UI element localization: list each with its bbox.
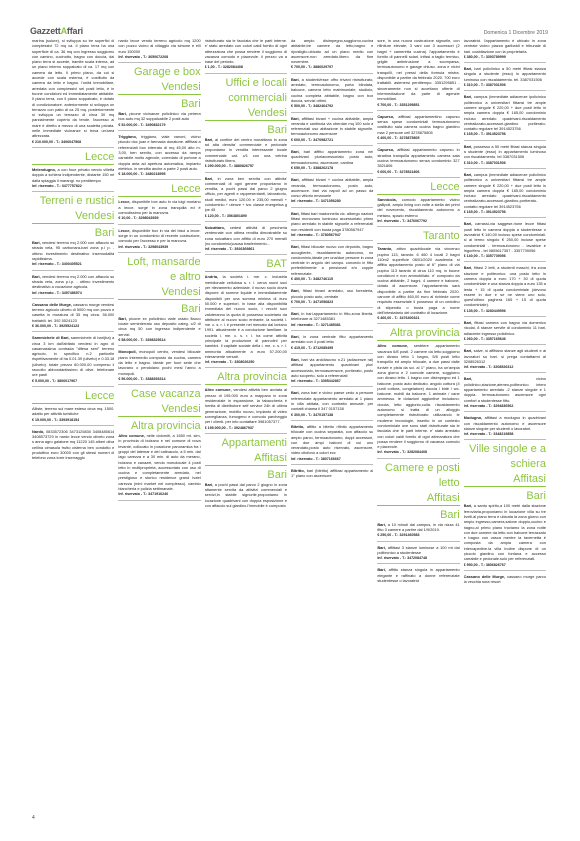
classified-ad: Noicattaro, cedesi attività di pescheria… [205, 225, 287, 255]
column-4: da ampio disimpegno,soggiorno,cucina abi… [291, 38, 373, 818]
ad-location: Bari, [291, 116, 300, 121]
ad-text: Bari, picone vicinanze policlinico via p… [118, 111, 200, 122]
logo-text-2: ffari [67, 26, 83, 36]
ad-body: a pochi passi dal parco 2 giugno in zona… [205, 482, 287, 508]
classified-ad: Andria, la società i. me. c. industria m… [205, 274, 287, 368]
classified-ad: Bari, bari affitto appartamento zona nei… [291, 149, 373, 174]
ad-location: Bari, [205, 482, 214, 487]
section-heading: Appartamenti [205, 437, 287, 449]
section-heading: Bari [464, 490, 546, 502]
ad-price-contact: Inf. riservato - T.: 3807166667 [291, 456, 373, 465]
ad-price-contact: € 15.000,00 - T.: 3393918154 [32, 417, 114, 426]
section-heading: Affitasi [464, 473, 546, 487]
ad-body: ristrutturato sia le facciata che le par… [205, 38, 287, 64]
section-heading: Altra provincia [118, 420, 200, 432]
ad-location: Bari, [32, 240, 41, 245]
section-heading: Bari [205, 124, 287, 136]
ad-location: Bari, [291, 211, 300, 216]
ad-location: Lecce, [118, 228, 130, 233]
ad-body: affittasi bivani + cucina abitabile, amp… [291, 177, 373, 198]
ad-location: Bari, [291, 288, 300, 293]
ad-price-contact: € 650,00 - T.: 3388262178 [291, 165, 373, 174]
classified-ad: sore, in una nuova costruzione signorile… [377, 38, 459, 111]
classified-ad: Capurso, affittasi appartamentino capurs… [377, 114, 459, 144]
ad-location: Cassano delle Murge, [32, 302, 72, 307]
ad-text: Cassano delle Murge, cassano murge parco… [464, 574, 546, 585]
ad-body: affittasi 3 stanze luminose a 100 mt dal… [377, 545, 459, 555]
classified-ad: Bari, affittasi bivani + cucina abitabil… [291, 116, 373, 146]
column-3: ristrutturato sia le facciata che le par… [205, 38, 287, 818]
section-heading: Lecce [118, 183, 200, 197]
classified-ad: Bari, vendesi terreno mq 2.000 con affac… [32, 274, 114, 299]
classified-ad: Bari, vendesi terreno mq 2.000 con affac… [32, 240, 114, 270]
ad-price-contact: Inf. riservato - T.: 3476067792 [377, 218, 459, 227]
ad-location: Bari, [377, 522, 386, 527]
ad-text: Bari, a santo spirito,a 100 metri dalla … [464, 503, 546, 561]
section-heading: commerciali [205, 92, 287, 104]
ad-price-contact: Inf. riservato - T.: 3298043939 [118, 244, 200, 253]
ad-body: 0833572306 3473125830 3408485614 3408573… [32, 429, 114, 460]
classified-ad: Melendugno, a con foce privato vendo vil… [32, 167, 114, 192]
ad-text: Bari, affittasi bivani + cucina abitabil… [291, 116, 373, 137]
section-heading: Lecce [32, 151, 114, 165]
column-6: lavoratrici. l'appartamento è ubicato in… [464, 38, 546, 818]
classified-ad: Bari, bari policlinico a 50 metri fittas… [464, 66, 546, 91]
ad-text: ristrutturato sia le facciata che le par… [205, 38, 287, 64]
ad-location: Bari, [291, 77, 300, 82]
ad-body: disponibile box in via dei bisci a lecce… [118, 228, 200, 244]
classified-ad: Bari, affittasi 3 stanze luminose a 100 … [377, 545, 459, 565]
ad-price-contact: € 460,00 - T.: 3476400321 [377, 315, 459, 324]
ad-price-contact: € 165,00 - T.: 3914523756 [464, 131, 546, 140]
ad-text: Capurso, affittasi appartamentino capurs… [377, 114, 459, 135]
ad-price-contact: € 135,00 - T.: 3280449596 [464, 308, 546, 317]
section-heading: BAT [205, 258, 287, 272]
ad-body: sammichele di bari(ba) a circa 3 km dall… [32, 335, 114, 377]
ad-body: affitto a bitetto rifinito appartamento … [291, 424, 373, 455]
classified-ad: Sammichele di Bari, sammichele di bari(b… [32, 335, 114, 387]
ad-price-contact: € 260,00 - T.: 3357165646 [464, 336, 546, 345]
ad-location: Bari, [291, 311, 300, 316]
ad-price-contact: Inf. riservato - T.: 3208526312 [464, 364, 546, 373]
classified-ad: Bari, carrassi-via saggese-rione lecce f… [464, 221, 546, 262]
ad-location: Bari, [118, 316, 127, 321]
classified-ad: Bari, in zona ben servita con attivita' … [205, 176, 287, 222]
ad-price-contact: € 5.000,00 - T.: 3806017967 [32, 378, 114, 387]
section-heading: Uffici e locali [205, 77, 287, 89]
ad-body: in bari,appartamento in fitto,zona liber… [291, 311, 373, 321]
ad-location: Altro comune, [118, 433, 145, 438]
ad-text: Bari, fittasi bari madonnella vic. alber… [291, 211, 373, 232]
ad-location: Lecce, [118, 199, 130, 204]
ad-price-contact: € 18.000,00 - T.: 3480218995 [118, 171, 200, 180]
ad-body: nelle dolomiti, a 1650 mt. slm, in provi… [118, 433, 200, 491]
ad-text: Bari, vendesi terreno mq 2.000 con affac… [32, 240, 114, 261]
section-heading: Vendesi [32, 210, 114, 224]
ad-price-contact: Inf. riservato - T.: 3472084748 [377, 555, 459, 564]
classified-ad: Bari, affitto stanza singola in appartam… [377, 567, 459, 583]
classified-ad: Modugno, affittasi a modugno in quadriva… [464, 415, 546, 440]
ad-price-contact: € 600,00 - T.: 3470982721 [291, 137, 373, 146]
classified-ad: Bari, a pochi passi dal parco 2 giugno i… [205, 482, 287, 508]
ad-location: Cassano delle Murge, [464, 574, 506, 579]
ad-location: Bitetto, [291, 424, 304, 429]
classified-ad: Altro comune, nelle dolomiti, a 1650 mt.… [118, 433, 200, 501]
section-heading: Vendesi [205, 107, 287, 121]
classified-ad: Bari, fittasi trivani arredato, uso fore… [291, 288, 373, 308]
ad-text: Bari, fittasi camera con bagno via domen… [464, 320, 546, 336]
classifieds-columns: marina (solure), si sviluppa su tre supe… [32, 38, 546, 818]
ad-body: picone vicinanze policlinico via petrera… [118, 111, 200, 121]
section-heading: Vendesi [118, 403, 200, 417]
ad-text: marina (solure), si sviluppa su tre supe… [32, 38, 114, 139]
ad-price-contact: € 950,00 - T.: 3806826767 [464, 562, 546, 571]
ad-location: Modugno, [464, 415, 483, 420]
logo-text-1: Gazzett [30, 26, 61, 36]
ad-location: Noicattaro, [205, 225, 225, 230]
ad-price-contact: € 1,00 - T.: 3282084408 [205, 64, 287, 73]
page-header: GazzettAffari Domenica 1 Dicembre 2019 [30, 22, 548, 36]
classified-ad: Bari, possesso a 50 metri fittasi stanza… [464, 144, 546, 169]
classified-ad: Bari, salve, si affittano stanze agli st… [464, 348, 546, 373]
ad-price-contact: € 600,00 - T.: 3278521806 [377, 169, 459, 178]
ad-price-contact: € 400,00 - T.: 3278875805 [377, 135, 459, 144]
classified-ad: Capurso, affittasi appartamento capurso … [377, 147, 459, 177]
classified-ad: Bari, fittasi bari madonnella vic. alber… [291, 211, 373, 241]
classified-ad: Monopoli, monopoli centro, vendesi biloc… [118, 349, 200, 385]
classified-ad: marina (solure), si sviluppa su tre supe… [32, 38, 114, 148]
section-heading: Bari [32, 227, 114, 239]
ad-price-contact: € 210.000,00 - T.: 3406047568 [32, 139, 114, 148]
ad-body: fittasi camera con bagno via domenico ni… [464, 320, 546, 336]
section-heading: Vendesi [118, 81, 200, 95]
ad-location: Bari, [291, 149, 300, 154]
ad-body: salve, si affittano stanze agli studenti… [464, 348, 546, 364]
ad-text: Bari, vendesi terreno mq 2.000 con affac… [32, 274, 114, 290]
ad-text: Sannicola, comodo appartamento vicino ga… [377, 197, 459, 218]
section-heading: Vendesi [118, 286, 200, 300]
ad-text: Bari, affitto stanza singola in appartam… [377, 567, 459, 583]
classified-ad: Alliste, terreno sul mare esteso circa m… [32, 406, 114, 426]
ad-text: Bari, fittasi bilocale nuovo con deposit… [291, 244, 373, 276]
ad-text: Bitetto, affitto a bitetto rifinito appa… [291, 424, 373, 456]
ad-body: fittasi 2 letti, a studenti maschi, fra … [464, 265, 546, 307]
ad-text: Bitritto, bari (bitritto) affittasi appa… [291, 468, 373, 479]
section-heading: Lecce [32, 390, 114, 404]
ad-text: Bari, carrassi-via saggese-rione lecce f… [464, 221, 546, 253]
ad-body: fittasi bari madonnella vic. albergo naz… [291, 211, 373, 232]
ad-price-contact: € 10,00 - T.: 3298043939 [118, 215, 200, 224]
ad-price-contact: € 36.000,00 - T.: 3925524123 [32, 323, 114, 332]
ad-price-contact: € 500,00 - T.: 3482464792 [291, 103, 373, 112]
ad-price-contact: € 58.000,00 - T.: 3398325614 [118, 337, 200, 346]
ad-text: Bari, bari via arcidiacono n.21 (adiacen… [291, 357, 373, 378]
ad-price-contact: Inf. riservato - T.: 3395442867 [291, 378, 373, 387]
ad-text: Lecce, disponibile box auto in via luigi… [118, 199, 200, 215]
ad-price-contact: € 310,00 - T.: 3387031506 [464, 160, 546, 169]
ad-body: sore, in una nuova costruzione signorile… [377, 38, 459, 101]
ad-body: vendesi terreno mq 2.000 con affaccio su… [32, 240, 114, 261]
classified-ad: Bitetto, affitto a bitetto rifinito appa… [291, 424, 373, 465]
ad-body: carrassi-via saggese-rione lecce fittasi… [464, 221, 546, 252]
ad-text: Capurso, affittasi appartamento capurso … [377, 147, 459, 168]
column-2: nardo lecce vendo terreno agricolo mq 12… [118, 38, 200, 818]
ad-body: nardo lecce vendo terreno agricolo mq 12… [118, 38, 200, 54]
classified-ad: Bari, a 10 minuti dal campus, in via niz… [377, 522, 459, 542]
ad-location: Melendugno, [32, 167, 56, 172]
ad-text: Noicattaro, cedesi attività di pescheria… [205, 225, 287, 246]
ad-location: Sammichele di Bari, [32, 335, 70, 340]
ad-text: Lecce, disponibile box in via dei bisci … [118, 228, 200, 244]
classified-ad: Bari, a santo spirito,a 100 metri dalla … [464, 503, 546, 571]
ad-location: Bari, [291, 334, 300, 339]
ad-body: disponibile box auto in via luigi morian… [118, 199, 200, 215]
ad-text: Bari, affittasi bivani + cucina abitabil… [291, 177, 373, 198]
ad-price-contact: € 310,00 - T.: 3387031506 [464, 82, 546, 91]
ad-body: a santo spirito,a 100 metri dalla stazio… [464, 503, 546, 561]
ad-text: Bari, affittasi 3 stanze luminose a 100 … [377, 545, 459, 556]
ad-body: al confine del centro murattiano in zona… [205, 137, 287, 163]
ad-price-contact: Inf. riservato - T.: 3308026250 [205, 359, 287, 368]
ad-location: Andria, [205, 274, 218, 279]
ad-text: nardo lecce vendo terreno agricolo mq 12… [118, 38, 200, 54]
ad-location: Bari, [32, 274, 41, 279]
ad-body: vicino policlinico,stazione,ateneo,polit… [464, 376, 546, 402]
ad-location: Monopoli, [118, 349, 136, 354]
ad-location: Bari, [464, 376, 473, 381]
ad-body: Alliste, terreno sul mare esteso circa m… [32, 406, 114, 416]
ad-price-contact: € 380,00 - T.: 3393789999 [464, 54, 546, 63]
section-heading: Terreni e rustici [32, 195, 114, 207]
ad-price-contact: Inf. riservato - T.: 3271485381 [291, 322, 373, 331]
ad-text: da ampio disimpegno,soggiorno,cucina abi… [291, 38, 373, 64]
ad-price-contact: € 56.000,00 - T.: 3388393314 [118, 376, 200, 385]
ad-location: Bari, [464, 265, 473, 270]
section-heading: Bari [205, 469, 287, 481]
ad-body: possesso a 50 metri fittasi stanza singo… [464, 144, 546, 160]
ad-text: Bari, a studenti/esse offro trivani rist… [291, 77, 373, 103]
newspaper-logo: GazzettAffari [30, 26, 83, 36]
ad-location: Bari, [464, 144, 473, 149]
ad-price-contact: € 415,00 - T.: 3712085495 [291, 345, 373, 354]
ad-location: Capurso, [377, 147, 394, 152]
ad-body: bari affitto appartamento zona nei quadr… [291, 149, 373, 165]
ad-location: Bari, [118, 111, 127, 116]
section-heading: Lecce [377, 181, 459, 195]
ad-location: Bari, [464, 94, 473, 99]
ad-location: Bari, [464, 320, 473, 325]
classified-ad: Bari, campus (immediate adiacenze policl… [464, 172, 546, 218]
ad-location: Capurso, [377, 114, 394, 119]
classified-ad: Lecce, disponibile box auto in via luigi… [118, 199, 200, 224]
ad-text: Bari, bari affitto appartamento zona nei… [291, 149, 373, 165]
ad-price-contact: Inf. riservato - T.: 3497486974 [32, 290, 114, 299]
ad-text: Bari, campus (immediate adiacenze ipolic… [464, 94, 546, 131]
ad-location: Bari, [291, 177, 300, 182]
classified-ad: Bari, fittasi bilocale nuovo con deposit… [291, 244, 373, 285]
section-heading: Camere e posti [377, 462, 459, 474]
classified-ad: Nardò, 0833572306 3473125830 3408485614 … [32, 429, 114, 461]
ad-body: bari policlinico a 50 metri fittasi stan… [464, 66, 546, 82]
section-heading: Garage e box [118, 66, 200, 78]
classified-ad: Bari, fittasi 2 letti, a studenti maschi… [464, 265, 546, 317]
ad-text: Bari, fittasi 2 letti, a studenti maschi… [464, 265, 546, 307]
ad-body: attivo quadrilocale via vincenzo pupino … [377, 246, 459, 315]
ad-body: a studenti/esse offro trivani ristruttur… [291, 77, 373, 103]
ad-text: Sammichele di Bari, sammichele di bari(b… [32, 335, 114, 377]
ad-body: fittasi bilocale nuovo con deposito, bag… [291, 244, 373, 275]
classified-ad: Bari, bari via arcidiacono n.21 (adiacen… [291, 357, 373, 387]
ad-location: Bari, [205, 137, 214, 142]
ad-body: picone ex policlinico viale orazio flacc… [118, 316, 200, 337]
section-heading: Case vacanza [118, 388, 200, 400]
ad-text: Bari, possesso a 50 metri fittasi stanza… [464, 144, 546, 160]
classified-ad: da ampio disimpegno,soggiorno,cucina abi… [291, 38, 373, 74]
classified-ad: Bitritto, bari (bitritto) affittasi appa… [291, 468, 373, 479]
ad-price-contact: Inf. riservato - T.: 3926369861 [205, 246, 287, 255]
ad-location: Bari, [291, 390, 300, 395]
ad-body: vendesi attività ben avviata al prezzo d… [205, 387, 287, 424]
classified-ad: Triggiano, triggiano, viale vanoni, vici… [118, 134, 200, 180]
section-heading: schiera [464, 458, 546, 470]
classified-ad: nardo lecce vendo terreno agricolo mq 12… [118, 38, 200, 63]
ad-text: Altro comune, nelle dolomiti, a 1650 mt.… [118, 433, 200, 491]
ad-price-contact: € 140,00 - T.: 3357739056 [464, 253, 546, 262]
ad-text: Bari, al confine del centro murattiano i… [205, 137, 287, 163]
ad-text: Taranto, attivo quadrilocale via vincenz… [377, 246, 459, 315]
ad-price-contact: € 700,00 - T.: 3886029797 [291, 64, 373, 73]
ad-location: Bari, [464, 348, 473, 353]
ad-body: campus (immediate adiacenze policlinico … [464, 172, 546, 209]
classified-ad: Cassano delle Murge, cassano murge vende… [32, 302, 114, 332]
ad-price-contact: Inf. riservato - T.: 3780567947 [291, 232, 373, 241]
ad-text: Monopoli, monopoli centro, vendesi biloc… [118, 349, 200, 375]
ad-text: Melendugno, a con foce privato vendo vil… [32, 167, 114, 183]
ad-body: a 10 minuti dal campus, in via nizza 41 … [377, 522, 459, 532]
ad-text: lavoratrici. l'appartamento è ubicato in… [464, 38, 546, 54]
section-heading: Bari [118, 98, 200, 110]
ad-location: Bari, [464, 221, 473, 226]
ad-price-contact: € 250,00 - T.: 3291460583 [377, 532, 459, 541]
column-1: marina (solure), si sviluppa su tre supe… [32, 38, 114, 818]
ad-price-contact: Inf. riservato - T.: 3294836562 [464, 403, 546, 412]
section-heading: e altro [118, 271, 200, 283]
ad-text: Bari, in zona ben servita con attivita' … [205, 176, 287, 213]
ad-body: affittasi bivani + cucina abitabile, amp… [291, 116, 373, 137]
ad-body: affitto stanza singola in appartamento e… [377, 567, 459, 583]
issue-date: Domenica 1 Dicembre 2019 [484, 30, 548, 36]
ad-text: Andria, la società i. me. c. industria m… [205, 274, 287, 359]
ad-location: Nardò, [32, 429, 44, 434]
ad-location: Bari, [464, 172, 473, 177]
ad-text: Bari, picone ex policlinico viale orazio… [118, 316, 200, 337]
ad-location: Bari, [291, 244, 300, 249]
ad-body: in zona ben servita con attivita' commer… [205, 176, 287, 213]
classified-ad: Cassano delle Murge, cassano murge parco… [464, 574, 546, 585]
ad-price-contact: Inf. riservato - T.: 3348219858 [464, 431, 546, 440]
ad-location: Altro comune, [377, 343, 408, 348]
ad-text: Bari, zona bari e vicino paese cedo a pe… [291, 390, 373, 411]
ad-text: Altro comune, vendesi attività ben avvia… [205, 387, 287, 424]
ad-text: Bari, campus (immediate adiacenze policl… [464, 172, 546, 209]
ad-price-contact: € 700,00 - T.: 3471056823 [291, 299, 373, 308]
ad-body: campus (immediate adiacenze ipolicinico … [464, 94, 546, 131]
ad-body: marina (solure), si sviluppa su tre supe… [32, 38, 114, 138]
ad-text: Nardò, 0833572306 3473125830 3408485614 … [32, 429, 114, 461]
classified-ad: Bari, fittasi camera con bagno via domen… [464, 320, 546, 345]
classified-ad: lavoratrici. l'appartamento è ubicato in… [464, 38, 546, 63]
ad-price-contact: € 400,00 - T.: 3482746115 [291, 276, 373, 285]
section-heading: Affitasi [205, 452, 287, 466]
ad-body: la società i. me. c. industria meridiona… [205, 274, 287, 358]
ad-price-contact: Inf. riservato - T.: 3650672208 [118, 54, 200, 63]
ad-price-contact: € 300,00 - T.: 3470157138 [291, 412, 373, 421]
ad-location: Bari, [377, 545, 386, 550]
ad-location: Bari, [205, 176, 214, 181]
classified-ad: ristrutturato sia le facciata che le par… [205, 38, 287, 74]
ad-location: Triggiano, [118, 134, 137, 139]
section-heading: Taranto [377, 230, 459, 244]
column-5: sore, in una nuova costruzione signorile… [377, 38, 459, 818]
ad-text: Bari, in bari,appartamento in fitto,zona… [291, 311, 373, 322]
page-number: 4 [32, 815, 35, 821]
classified-ad: Bari, vicino policlinico,stazione,ateneo… [464, 376, 546, 412]
ad-location: Bari, [377, 567, 386, 572]
classified-ad: Bari, campus (immediate adiacenze ipolic… [464, 94, 546, 140]
ad-location: Sannicola, [377, 197, 396, 202]
classified-ad: Bari, picone vicinanze policlinico via p… [118, 111, 200, 131]
section-heading: Bari [118, 303, 200, 315]
ad-body: bari via arcidiacono n.21 (adiacenze rai… [291, 357, 373, 378]
classified-ad: Bari, al confine del centro murattiano i… [205, 137, 287, 173]
ad-price-contact: € 290.000,00 - T.: 3880826757 [205, 163, 287, 172]
ad-text: Bari, in zona centrale fitto appartament… [291, 334, 373, 345]
ad-text: Cassano delle Murge, cassano murge vende… [32, 302, 114, 323]
classified-ad: Bari, picone ex policlinico viale orazio… [118, 316, 200, 346]
section-heading: Altra provincia [205, 371, 287, 385]
ad-text: Bari, salve, si affittano stanze agli st… [464, 348, 546, 364]
ad-body: vendesi terreno mq 2.000 con affaccio su… [32, 274, 114, 290]
ad-text: Triggiano, triggiano, viale vanoni, vici… [118, 134, 200, 171]
classified-ad: Lecce, disponibile box in via dei bisci … [118, 228, 200, 253]
ad-price-contact: € 120,00 - T.: 3564801890 [205, 213, 287, 222]
ad-location: Taranto, [377, 246, 392, 251]
classified-ad: Taranto, attivo quadrilocale via vincenz… [377, 246, 459, 324]
ad-location: Altro comune, [205, 387, 232, 392]
ad-body: zona bari e vicino paese cedo a persone … [291, 390, 373, 411]
section-heading: Ville singole e a [464, 443, 546, 455]
ad-price-contact: Inf. riservato - T.: 3471916246 [118, 491, 200, 500]
ad-body: fittasi trivani arredato, uso foresteria… [291, 288, 373, 298]
ad-text: Modugno, affittasi a modugno in quadriva… [464, 415, 546, 431]
ad-body: triggiano, viale vanoni, vicino piccolo … [118, 134, 200, 171]
ad-body: lavoratrici. l'appartamento è ubicato in… [464, 38, 546, 54]
ad-price-contact: Inf. riservato - T.: 3477757822 [32, 183, 114, 192]
ad-body: in zona centrale fitto appartamento arre… [291, 334, 373, 344]
ad-body: sestriere ,appartamento vacanza 6/8 post… [377, 343, 459, 449]
section-heading: Affitasi [377, 492, 459, 506]
ad-text: Bari, fittasi trivani arredato, uso fore… [291, 288, 373, 299]
classified-ad: Bari, in bari,appartamento in fitto,zona… [291, 311, 373, 331]
ad-text: Bari, vicino policlinico,stazione,ateneo… [464, 376, 546, 402]
ad-location: Bitritto, [291, 468, 305, 473]
ad-text: Bari, a 10 minuti dal campus, in via niz… [377, 522, 459, 533]
ad-price-contact: Inf. riservato - T.: 3282084408 [377, 449, 459, 458]
ad-price-contact: € 700,00 - T.: 3351295851 [377, 102, 459, 111]
ad-location: Bari, [464, 503, 473, 508]
section-heading: letto [377, 477, 459, 489]
ad-text: Altro comune, sestriere ,appartamento va… [377, 343, 459, 449]
